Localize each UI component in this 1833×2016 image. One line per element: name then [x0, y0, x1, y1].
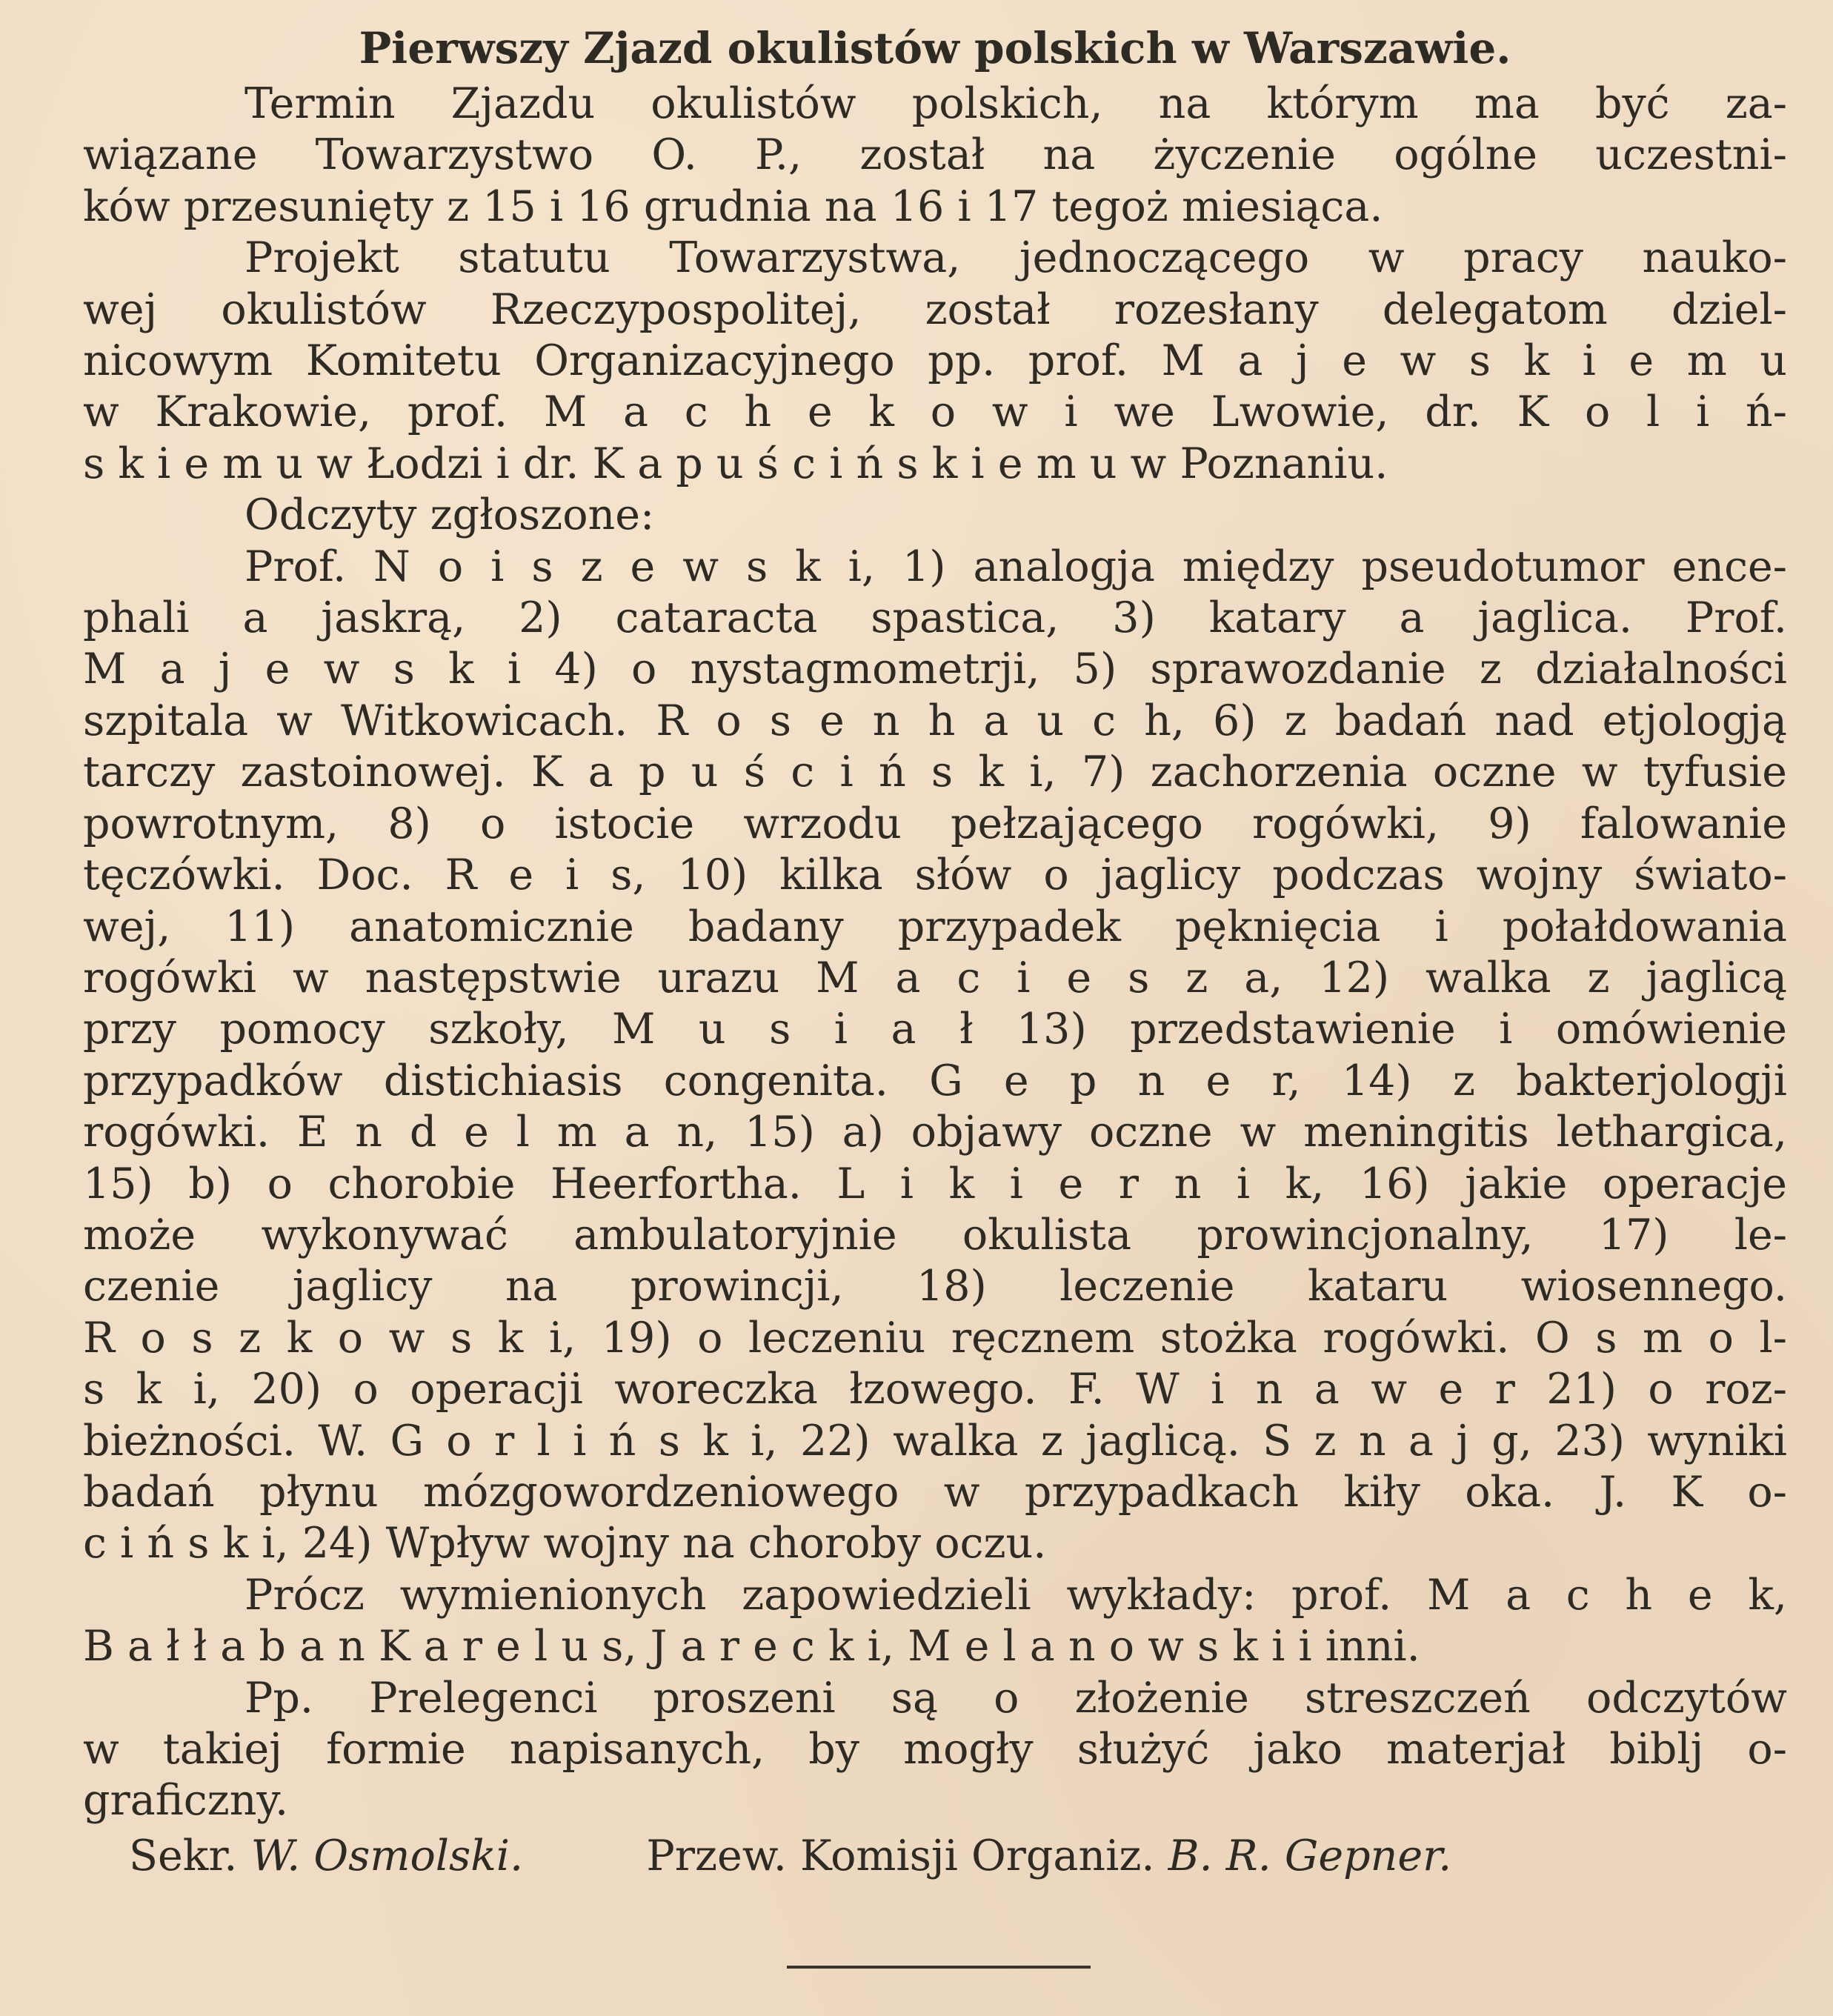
paragraph-line: graficzny. — [83, 1775, 1787, 1826]
section-heading-lectures: Odczyty zgłoszone: — [83, 490, 1787, 541]
paragraph-line: Projekt statutu Towarzystwa, jednocząceg… — [83, 233, 1787, 284]
paragraph-line: czenie jaglicy na prowincji, 18) leczeni… — [83, 1261, 1787, 1312]
secretary-name: W. Osmolski. — [251, 1832, 524, 1880]
paragraph-line: Prof. N o i s z e w s k i, 1) analogja m… — [83, 542, 1787, 593]
paragraph-line: 15) b) o chorobie Heerfortha. L i k i e … — [83, 1159, 1787, 1210]
paragraph-line: B a ł ł a b a n K a r e l u s, J a r e c… — [83, 1621, 1787, 1672]
paragraph-line: rogówki. E n d e l m a n, 15) a) objawy … — [83, 1107, 1787, 1158]
article-title: Pierwszy Zjazd okulistów polskich w Wars… — [83, 22, 1787, 74]
paragraph-line: przy pomocy szkoły, M u s i a ł 13) prze… — [83, 1004, 1787, 1055]
paragraph-line: R o s z k o w s k i, 19) o leczeniu ręcz… — [83, 1313, 1787, 1364]
paragraph-line: wej, 11) anatomicznie badany przypadek p… — [83, 902, 1787, 953]
paragraph-line: M a j e w s k i 4) o nystagmometrji, 5) … — [83, 644, 1787, 695]
paragraph-line: może wykonywać ambulatoryjnie okulista p… — [83, 1210, 1787, 1261]
chair-label: Przew. Komisji Organiz. — [646, 1832, 1154, 1880]
paragraph-line: przypadków distichiasis congenita. G e p… — [83, 1056, 1787, 1107]
paragraph-line: c i ń s k i, 24) Wpływ wojny na choroby … — [83, 1518, 1787, 1569]
signature-line: Sekr. W. Osmolski. Przew. Komisji Organi… — [83, 1830, 1787, 1882]
paragraph-line: badań płynu mózgowordzeniowego w przypad… — [83, 1467, 1787, 1518]
secretary-label: Sekr. — [129, 1832, 237, 1880]
chair-name: B. R. Gepner. — [1168, 1832, 1452, 1880]
paragraph-line: Prócz wymienionych zapowiedzieli wykłady… — [83, 1570, 1787, 1621]
paragraph-line: powrotnym, 8) o istocie wrzodu pełzające… — [83, 799, 1787, 850]
section-divider — [787, 1966, 1091, 1969]
paragraph-line: nicowym Komitetu Organizacyjnego pp. pro… — [83, 336, 1787, 387]
paragraph-line: wiązane Towarzystwo O. P., został na życ… — [83, 130, 1787, 181]
paragraph-line: w takiej formie napisanych, by mogły słu… — [83, 1724, 1787, 1775]
paragraph-line: tarczy zastoinowej. K a p u ś c i ń s k … — [83, 747, 1787, 798]
paragraph-line: ków przesunięty z 15 i 16 grudnia na 16 … — [83, 182, 1787, 233]
paragraph-line: Pp. Prelegenci proszeni są o złożenie st… — [83, 1673, 1787, 1724]
paragraph-line: tęczówki. Doc. R e i s, 10) kilka słów o… — [83, 850, 1787, 901]
paragraph-line: szpitala w Witkowicach. R o s e n h a u … — [83, 696, 1787, 747]
paragraph-line: s k i, 20) o operacji woreczka łzowego. … — [83, 1364, 1787, 1415]
paragraph-line: phali a jaskrą, 2) cataracta spastica, 3… — [83, 593, 1787, 644]
paragraph-line: wej okulistów Rzeczypospolitej, został r… — [83, 285, 1787, 336]
paragraph-line: rogówki w następstwie urazu M a c i e s … — [83, 953, 1787, 1004]
paragraph-line: bieżności. W. G o r l i ń s k i, 22) wal… — [83, 1416, 1787, 1467]
paragraph-line: Termin Zjazdu okulistów polskich, na któ… — [83, 79, 1787, 130]
paragraph-line: w Krakowie, prof. M a c h e k o w i we L… — [83, 387, 1787, 438]
paragraph-line: s k i e m u w Łodzi i dr. K a p u ś c i … — [83, 439, 1787, 490]
article: Pierwszy Zjazd okulistów polskich w Wars… — [83, 22, 1787, 1882]
